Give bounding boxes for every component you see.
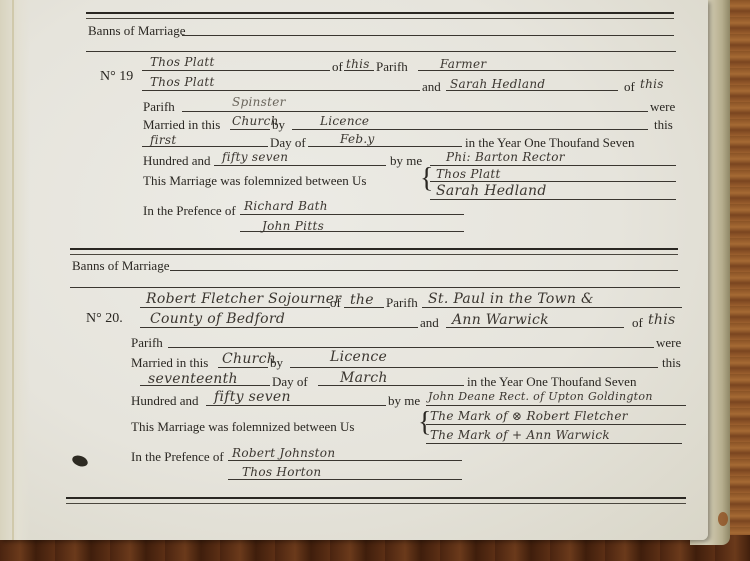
label-married-in: Married in this [131,356,208,369]
witness-1: Robert Johnston [232,447,335,459]
label-day-of: Day of [270,136,306,149]
married-in: Church [222,352,276,366]
rule [182,111,648,112]
marriage-month: Feb.y [340,133,375,145]
bride-of: this [648,313,676,327]
entry-20-bottom-border [66,497,686,504]
groom-of: the [350,293,374,307]
entry-number: N° 20. [86,312,123,326]
marriage-day: seventeenth [148,372,238,386]
label-by-me: by me [388,394,420,407]
label-of: of [332,60,343,73]
label-this: this [662,356,681,369]
rule [426,443,682,444]
groom-name-line2: Thos Platt [150,76,215,88]
brace: { [420,165,433,193]
officiant: Phi: Barton Rector [446,151,565,163]
groom-parish-line2: County of Bedford [150,312,285,326]
rule [142,146,268,147]
register-page: Banns of Marriage N° 19 Thos Platt of th… [0,0,708,540]
rule [142,70,330,71]
rule [140,307,330,308]
label-by-me: by me [390,154,422,167]
year-words: fifty seven [214,390,291,404]
bride-name: Sarah Hedland [450,78,545,90]
banns-line [182,35,674,36]
rule [206,405,386,406]
label-by: by [272,118,285,131]
label-parish: Parifh [131,336,163,349]
rule [430,181,676,182]
label-hundred: Hundred and [131,394,199,407]
label-were: were [656,336,681,349]
ink-blot [71,454,89,469]
rule [228,479,462,480]
groom-name: Robert Fletcher Sojourner [146,292,341,306]
label-day-of: Day of [272,375,308,388]
label-presence: In the Prefence of [143,204,236,217]
signature-bride: The Mark of + Ann Warwick [430,429,610,441]
rule [426,424,686,425]
rule [168,347,654,348]
rule [418,70,674,71]
label-this: this [654,118,673,131]
rule [344,307,384,308]
entry-number: N° 19 [100,70,133,84]
label-parish: Parifh [376,60,408,73]
rule [446,90,618,91]
groom-of: this [346,58,370,70]
page-gutter [0,0,30,540]
rule [344,70,374,71]
label-presence: In the Prefence of [131,450,224,463]
bride-of: this [640,78,664,90]
rule [318,385,464,386]
rust-stain [718,512,728,526]
label-year: in the Year One Thoufand Seven [465,136,634,149]
page-crease [12,0,14,540]
rule [240,214,464,215]
rule [446,327,624,328]
rule [140,327,418,328]
label-of: of [624,80,635,93]
rule [422,307,682,308]
label-by: by [270,356,283,369]
banns-label: Banns of Marriage [88,24,185,37]
rule [230,129,270,130]
witness-1: Richard Bath [244,200,328,212]
label-and: and [422,80,441,93]
label-solemnized: This Marriage was folemnized between Us [131,420,354,433]
bride-status: Spinster [232,96,286,108]
rule [430,165,676,166]
rule [292,129,648,130]
groom-name: Thos Platt [150,56,215,68]
entry-19-top-border [86,12,674,19]
rule [430,199,676,200]
witness-2: Thos Horton [242,466,321,478]
signature-bride: Sarah Hedland [436,184,547,198]
label-of: of [632,316,643,329]
label-parish: Parifh [143,100,175,113]
rule [290,367,658,368]
marriage-day: first [150,134,177,146]
rule [426,405,686,406]
banns-line-2 [70,287,680,288]
rule [308,146,462,147]
label-year: in the Year One Thoufand Seven [467,375,636,388]
label-parish: Parifh [386,296,418,309]
label-were: were [650,100,675,113]
signature-groom: Thos Platt [436,168,501,180]
rule [228,460,462,461]
label-and: and [420,316,439,329]
married-by: Licence [330,350,387,364]
rule [140,385,270,386]
label-of: of [330,296,341,309]
bride-name: Ann Warwick [452,313,549,327]
rule [240,231,464,232]
label-married-in: Married in this [143,118,220,131]
rule [218,367,268,368]
banns-line [170,270,678,271]
label-solemnized: This Marriage was folemnized between Us [143,174,366,187]
entry-20-top-border [70,248,678,255]
groom-occupation: Farmer [440,58,486,70]
rule [214,165,386,166]
officiant: John Deane Rect. of Upton Goldington [428,391,653,402]
banns-line-2 [86,51,676,52]
married-by: Licence [320,115,369,127]
rule [142,90,420,91]
groom-parish: St. Paul in the Town & [428,292,594,306]
banns-label: Banns of Marriage [72,259,169,272]
signature-groom: The Mark of ⊗ Robert Fletcher [430,410,628,422]
year-words: fifty seven [222,151,288,163]
label-hundred: Hundred and [143,154,211,167]
marriage-month: March [340,371,388,385]
